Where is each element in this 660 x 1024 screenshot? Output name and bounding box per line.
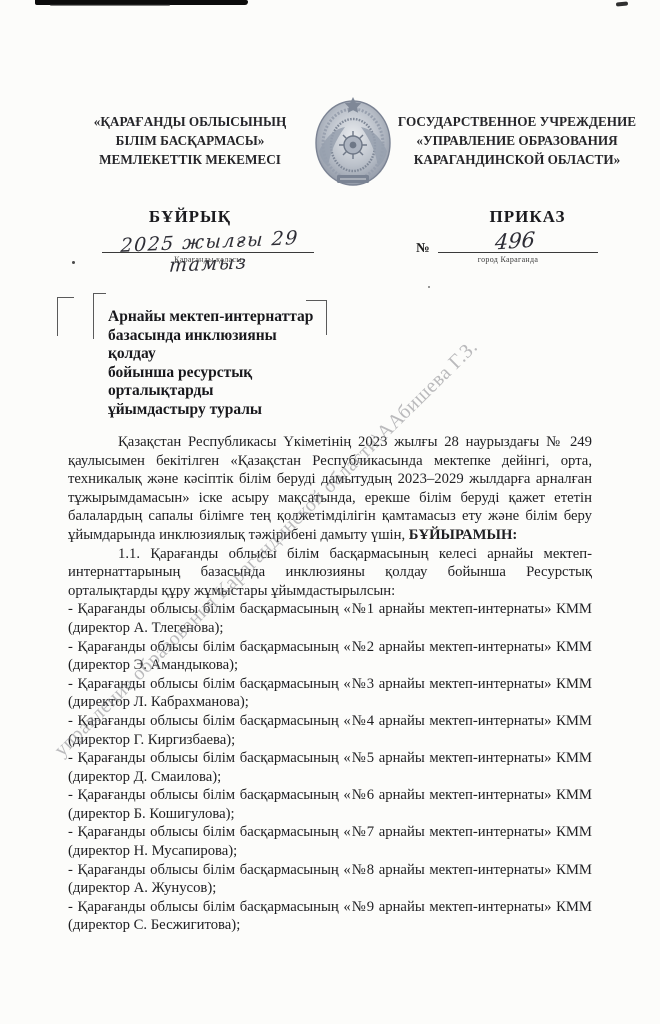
order-body: Қазақстан Республикасы Үкіметінің 2023 ж… [68,433,592,935]
school-name: - Қарағанды облысы білім басқармасының «… [68,600,592,619]
subject-line: базасында инклюзияны қолдау [108,327,328,364]
school-director: (директор Н. Мусапирова); [68,842,592,861]
crop-mark [57,297,74,336]
school-director: (директор Г. Киргизбаева); [68,731,592,750]
school-list-item: - Қарағанды облысы білім басқармасының «… [68,638,592,675]
school-name: - Қарағанды облысы білім басқармасының «… [68,638,592,657]
date-underline [102,252,314,253]
org-kk-line: «ҚАРАҒАНДЫ ОБЛЫСЫНЫҢ [66,112,314,131]
org-ru-line: ГОСУДАРСТВЕННОЕ УЧРЕЖДЕНИЕ [396,112,638,131]
org-kk-line: МЕМЛЕКЕТТІК МЕКЕМЕСІ [66,150,314,169]
number-sign: № [416,240,430,256]
school-list-item: - Қарағанды облысы білім басқармасының «… [68,749,592,786]
number-underline [438,252,598,253]
org-kk-line: БІЛІМ БАСҚАРМАСЫ» [66,131,314,150]
org-ru-line: КАРАГАНДИНСКОЙ ОБЛАСТИ» [396,150,638,169]
school-director: (директор Д. Смаилова); [68,768,592,787]
school-name: - Қарағанды облысы білім басқармасының «… [68,861,592,880]
school-name: - Қарағанды облысы білім басқармасының «… [68,712,592,731]
subject-line: Арнайы мектеп-интернаттар [108,308,328,327]
school-list-item: - Қарағанды облысы білім басқармасының «… [68,712,592,749]
order-subject: Арнайы мектеп-интернаттар базасында инкл… [108,308,328,420]
organization-name-kazakh: «ҚАРАҒАНДЫ ОБЛЫСЫНЫҢ БІЛІМ БАСҚАРМАСЫ» М… [66,112,314,169]
school-director: (директор Б. Кошигулова); [68,805,592,824]
school-list-item: - Қарағанды облысы білім басқармасының «… [68,675,592,712]
place-label-russian: город Караганда [438,255,578,264]
scan-dot-artifact [72,261,75,264]
handwritten-date: 2025 жылғы 29 тамыз [103,226,316,279]
org-ru-line: «УПРАВЛЕНИЕ ОБРАЗОВАНИЯ [396,131,638,150]
order-heading-kazakh: БҰЙРЫҚ [70,207,310,227]
subject-line: бойынша ресурстық [108,364,328,383]
school-list-item: - Қарағанды облысы білім басқармасының «… [68,600,592,637]
organization-name-russian: ГОСУДАРСТВЕННОЕ УЧРЕЖДЕНИЕ «УПРАВЛЕНИЕ О… [396,112,638,169]
place-label-kazakh: Қарағанды қаласы [102,255,314,264]
school-name: - Қарағанды облысы білім басқармасының «… [68,786,592,805]
school-list-item: - Қарағанды облысы білім басқармасының «… [68,823,592,860]
school-director: (директор А. Жунусов); [68,879,592,898]
subject-line: ұйымдастыру туралы [108,401,328,420]
kazakhstan-coat-of-arms-icon [311,91,395,191]
school-director: (директор Л. Кабрахманова); [68,693,592,712]
school-list: - Қарағанды облысы білім басқармасының «… [68,600,592,935]
scan-mark-artifact [616,1,628,6]
clause-1-1: 1.1. Қарағанды облысы білім басқармасыны… [68,545,592,601]
school-list-item: - Қарағанды облысы білім басқармасының «… [68,786,592,823]
school-name: - Қарағанды облысы білім басқармасының «… [68,675,592,694]
scan-smear-artifact [50,4,170,6]
school-list-item: - Қарағанды облысы білім басқармасының «… [68,861,592,898]
school-name: - Қарағанды облысы білім басқармасының «… [68,749,592,768]
scan-dot-artifact [428,286,430,288]
preamble-paragraph: Қазақстан Республикасы Үкіметінің 2023 ж… [68,433,592,545]
scanned-order-document: «ҚАРАҒАНДЫ ОБЛЫСЫНЫҢ БІЛІМ БАСҚАРМАСЫ» М… [0,0,660,1024]
crop-mark [93,293,106,339]
resolution-word: БҰЙЫРАМЫН: [409,527,517,543]
school-name: - Қарағанды облысы білім басқармасының «… [68,823,592,842]
school-list-item: - Қарағанды облысы білім басқармасының «… [68,898,592,935]
subject-line: орталықтарды [108,382,328,401]
school-director: (директор С. Бесжигитова); [68,916,592,935]
order-heading-russian: ПРИКАЗ [420,207,635,227]
school-name: - Қарағанды облысы білім басқармасының «… [68,898,592,917]
school-director: (директор Э. Амандыкова); [68,656,592,675]
school-director: (директор А. Тлегенова); [68,619,592,638]
